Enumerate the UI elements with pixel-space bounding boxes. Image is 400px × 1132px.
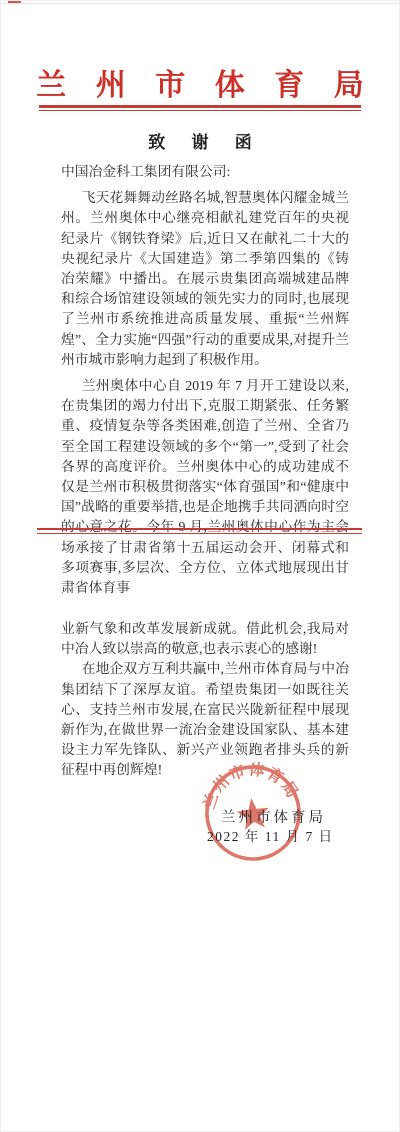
letter-body-bottom: 业新气象和改革发展新成就。借此机会,我局对中冶人致以崇高的敬意,也表示衷心的感谢… xyxy=(61,619,349,781)
paragraph-3: 在地企双方互利共赢中,兰州市体育局与中冶集团结下了深厚友谊。希望贵集团一如既往关… xyxy=(61,659,349,780)
page-break-rule xyxy=(37,528,362,534)
letter-page: 兰 州 市 体 育 局 致 谢 函 中国冶金科工集团有限公司: 飞天花舞舞动丝路… xyxy=(0,0,400,1132)
letterhead-title: 兰 州 市 体 育 局 xyxy=(1,60,399,104)
recipient-line: 中国冶金科工集团有限公司: xyxy=(61,162,349,182)
scan-edge-line xyxy=(1,3,399,4)
paragraph-2-part-2: 业新气象和改革发展新成就。借此机会,我局对中冶人致以崇高的敬意,也表示衷心的感谢… xyxy=(61,619,349,659)
signature-date: 2022 年 11 月 7 日 xyxy=(207,825,334,845)
paragraph-2-part-1: 兰州奥体中心自 2019 年 7 月开工建设以来,在贵集团的竭力付出下,克服工期… xyxy=(61,376,349,598)
signature-org: 兰州市体育局 xyxy=(221,806,326,827)
document-title: 致 谢 函 xyxy=(1,128,399,153)
scan-red-mark xyxy=(8,1,21,3)
letterhead-double-rule xyxy=(39,105,361,111)
paragraph-1: 飞天花舞舞动丝路名城,智慧奥体闪耀金城兰州。兰州奥体中心继亮相献礼建党百年的央视… xyxy=(61,188,349,370)
